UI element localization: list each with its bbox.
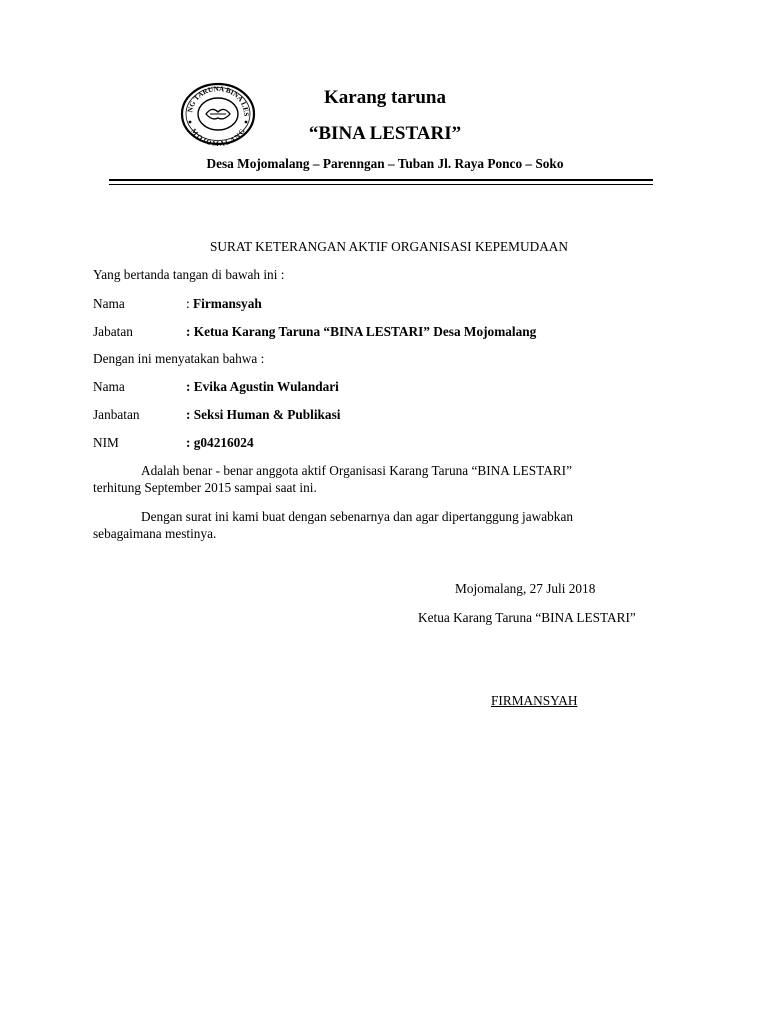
statement-text: Dengan ini menyatakan bahwa : <box>93 350 264 368</box>
document-title: SURAT KETERANGAN AKTIF ORGANISASI KEPEMU… <box>94 238 684 256</box>
paragraph-line: terhitung September 2015 sampai saat ini… <box>93 480 653 497</box>
signer-position-label: Jabatan <box>93 323 133 341</box>
intro-text: Yang bertanda tangan di bawah ini : <box>93 266 284 284</box>
signer-name: Firmansyah <box>193 296 262 311</box>
paragraph-text: Dengan surat ini kami buat dengan sebena… <box>141 509 573 524</box>
paragraph-active-membership: Adalah benar - benar anggota aktif Organ… <box>93 463 653 496</box>
paragraph-text: Adalah benar - benar anggota aktif Organ… <box>141 463 572 478</box>
member-position-label: Janbatan <box>93 406 140 424</box>
letterhead-divider-thick <box>109 179 653 181</box>
organization-name: Karang taruna <box>260 86 510 110</box>
member-name-label: Nama <box>93 378 125 396</box>
member-nim-label: NIM <box>93 434 119 452</box>
paragraph-line: Adalah benar - benar anggota aktif Organ… <box>93 463 653 480</box>
signature-role: Ketua Karang Taruna “BINA LESTARI” <box>418 609 636 627</box>
svg-text:KARANG TARUNA BINA LESTARI: KARANG TARUNA BINA LESTARI <box>180 82 250 116</box>
member-position-value: : Seksi Human & Publikasi <box>186 406 340 424</box>
organization-logo: KARANG TARUNA BINA LESTARI MOJOMALANG <box>180 82 256 146</box>
karang-taruna-seal-icon: KARANG TARUNA BINA LESTARI MOJOMALANG <box>180 82 256 146</box>
organization-subtitle: “BINA LESTARI” <box>260 122 510 146</box>
member-nim-value: : g04216024 <box>186 434 254 452</box>
letterhead-divider-thin <box>109 184 653 185</box>
organization-address: Desa Mojomalang – Parenngan – Tuban Jl. … <box>100 155 670 173</box>
paragraph-closing: Dengan surat ini kami buat dengan sebena… <box>93 509 653 542</box>
signature-place-date: Mojomalang, 27 Juli 2018 <box>455 580 595 598</box>
paragraph-line: Dengan surat ini kami buat dengan sebena… <box>93 509 653 526</box>
signature-name: FIRMANSYAH <box>491 692 577 710</box>
member-name-value: : Evika Agustin Wulandari <box>186 378 339 396</box>
signer-position-value: : Ketua Karang Taruna “BINA LESTARI” Des… <box>186 323 536 341</box>
signer-name-value: : Firmansyah <box>186 295 262 313</box>
signer-name-label: Nama <box>93 295 125 313</box>
paragraph-line: sebagaimana mestinya. <box>93 526 653 543</box>
colon: : <box>186 296 193 311</box>
